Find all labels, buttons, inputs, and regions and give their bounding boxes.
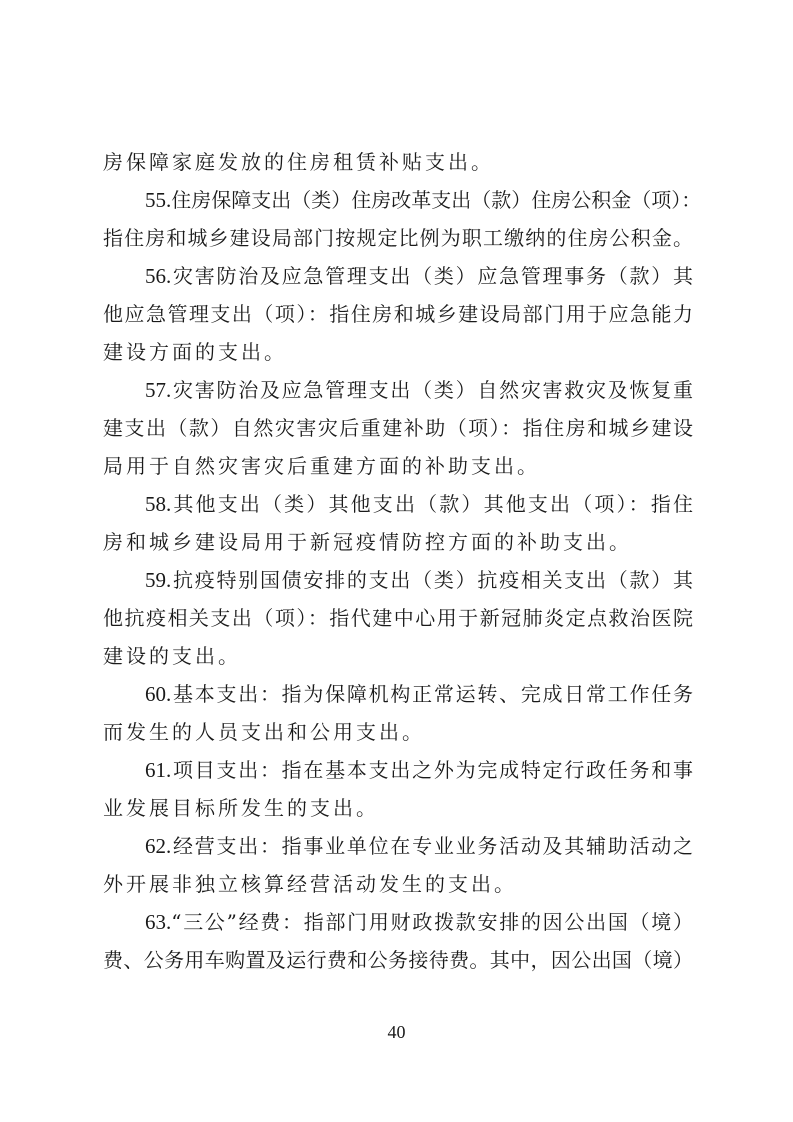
paragraph-line-item-56: 56.灾害防治及应急管理支出（类）应急管理事务（款）其 (103, 257, 693, 295)
paragraph-line: 他应急管理支出（项）：指住房和城乡建设局部门用于应急能力 (103, 295, 693, 333)
paragraph-line: 房和城乡建设局用于新冠疫情防控方面的补助支出。 (103, 523, 693, 561)
document-body: 房保障家庭发放的住房租赁补贴支出。 55.住房保障支出（类）住房改革支出（款）住… (103, 143, 693, 979)
paragraph-line: 业发展目标所发生的支出。 (103, 789, 693, 827)
item-number: 63. (145, 910, 171, 934)
item-number: 57. (145, 378, 171, 402)
item-number: 58. (145, 492, 171, 516)
item-text: 经营支出：指事业单位在专业业务活动及其辅助活动之 (171, 834, 693, 858)
paragraph-line-item-62: 62.经营支出：指事业单位在专业业务活动及其辅助活动之 (103, 827, 693, 865)
paragraph-line-item-58: 58.其他支出（类）其他支出（款）其他支出（项）：指住 (103, 485, 693, 523)
paragraph-line: 局用于自然灾害灾后重建方面的补助支出。 (103, 447, 693, 485)
item-number: 62. (145, 834, 171, 858)
paragraph-line-item-57: 57.灾害防治及应急管理支出（类）自然灾害救灾及恢复重 (103, 371, 693, 409)
paragraph-line: 外开展非独立核算经营活动发生的支出。 (103, 865, 693, 903)
item-text: 住房保障支出（类）住房改革支出（款）住房公积金（项）： (171, 188, 701, 212)
paragraph-line: 建设方面的支出。 (103, 333, 693, 371)
item-text: 灾害防治及应急管理支出（类）自然灾害救灾及恢复重 (171, 378, 693, 402)
paragraph-line-item-55: 55.住房保障支出（类）住房改革支出（款）住房公积金（项）： (103, 181, 693, 219)
paragraph-line-item-59: 59.抗疫特别国债安排的支出（类）抗疫相关支出（款）其 (103, 561, 693, 599)
item-number: 55. (145, 188, 171, 212)
item-text: 其他支出（类）其他支出（款）其他支出（项）：指住 (171, 492, 693, 516)
paragraph-line: 费、公务用车购置及运行费和公务接待费。其中，因公出国（境） (103, 941, 693, 979)
paragraph-line-item-61: 61.项目支出：指在基本支出之外为完成特定行政任务和事 (103, 751, 693, 789)
item-text: 抗疫特别国债安排的支出（类）抗疫相关支出（款）其 (171, 568, 693, 592)
item-text: 基本支出：指为保障机构正常运转、完成日常工作任务 (171, 682, 693, 706)
paragraph-line: 房保障家庭发放的住房租赁补贴支出。 (103, 143, 693, 181)
page-number: 40 (0, 1022, 793, 1043)
item-text: 灾害防治及应急管理支出（类）应急管理事务（款）其 (171, 264, 693, 288)
paragraph-line-item-60: 60.基本支出：指为保障机构正常运转、完成日常工作任务 (103, 675, 693, 713)
item-text: “三公”经费：指部门用财政拨款安排的因公出国（境） (171, 910, 693, 934)
paragraph-line: 他抗疫相关支出（项）：指代建中心用于新冠肺炎定点救治医院 (103, 599, 693, 637)
paragraph-line: 而发生的人员支出和公用支出。 (103, 713, 693, 751)
paragraph-line: 建设的支出。 (103, 637, 693, 675)
item-text: 项目支出：指在基本支出之外为完成特定行政任务和事 (171, 758, 693, 782)
item-number: 60. (145, 682, 171, 706)
paragraph-line-item-63: 63.“三公”经费：指部门用财政拨款安排的因公出国（境） (103, 903, 693, 941)
item-number: 61. (145, 758, 171, 782)
paragraph-line: 指住房和城乡建设局部门按规定比例为职工缴纳的住房公积金。 (103, 219, 693, 257)
paragraph-line: 建支出（款）自然灾害灾后重建补助（项）：指住房和城乡建设 (103, 409, 693, 447)
item-number: 56. (145, 264, 171, 288)
item-number: 59. (145, 568, 171, 592)
